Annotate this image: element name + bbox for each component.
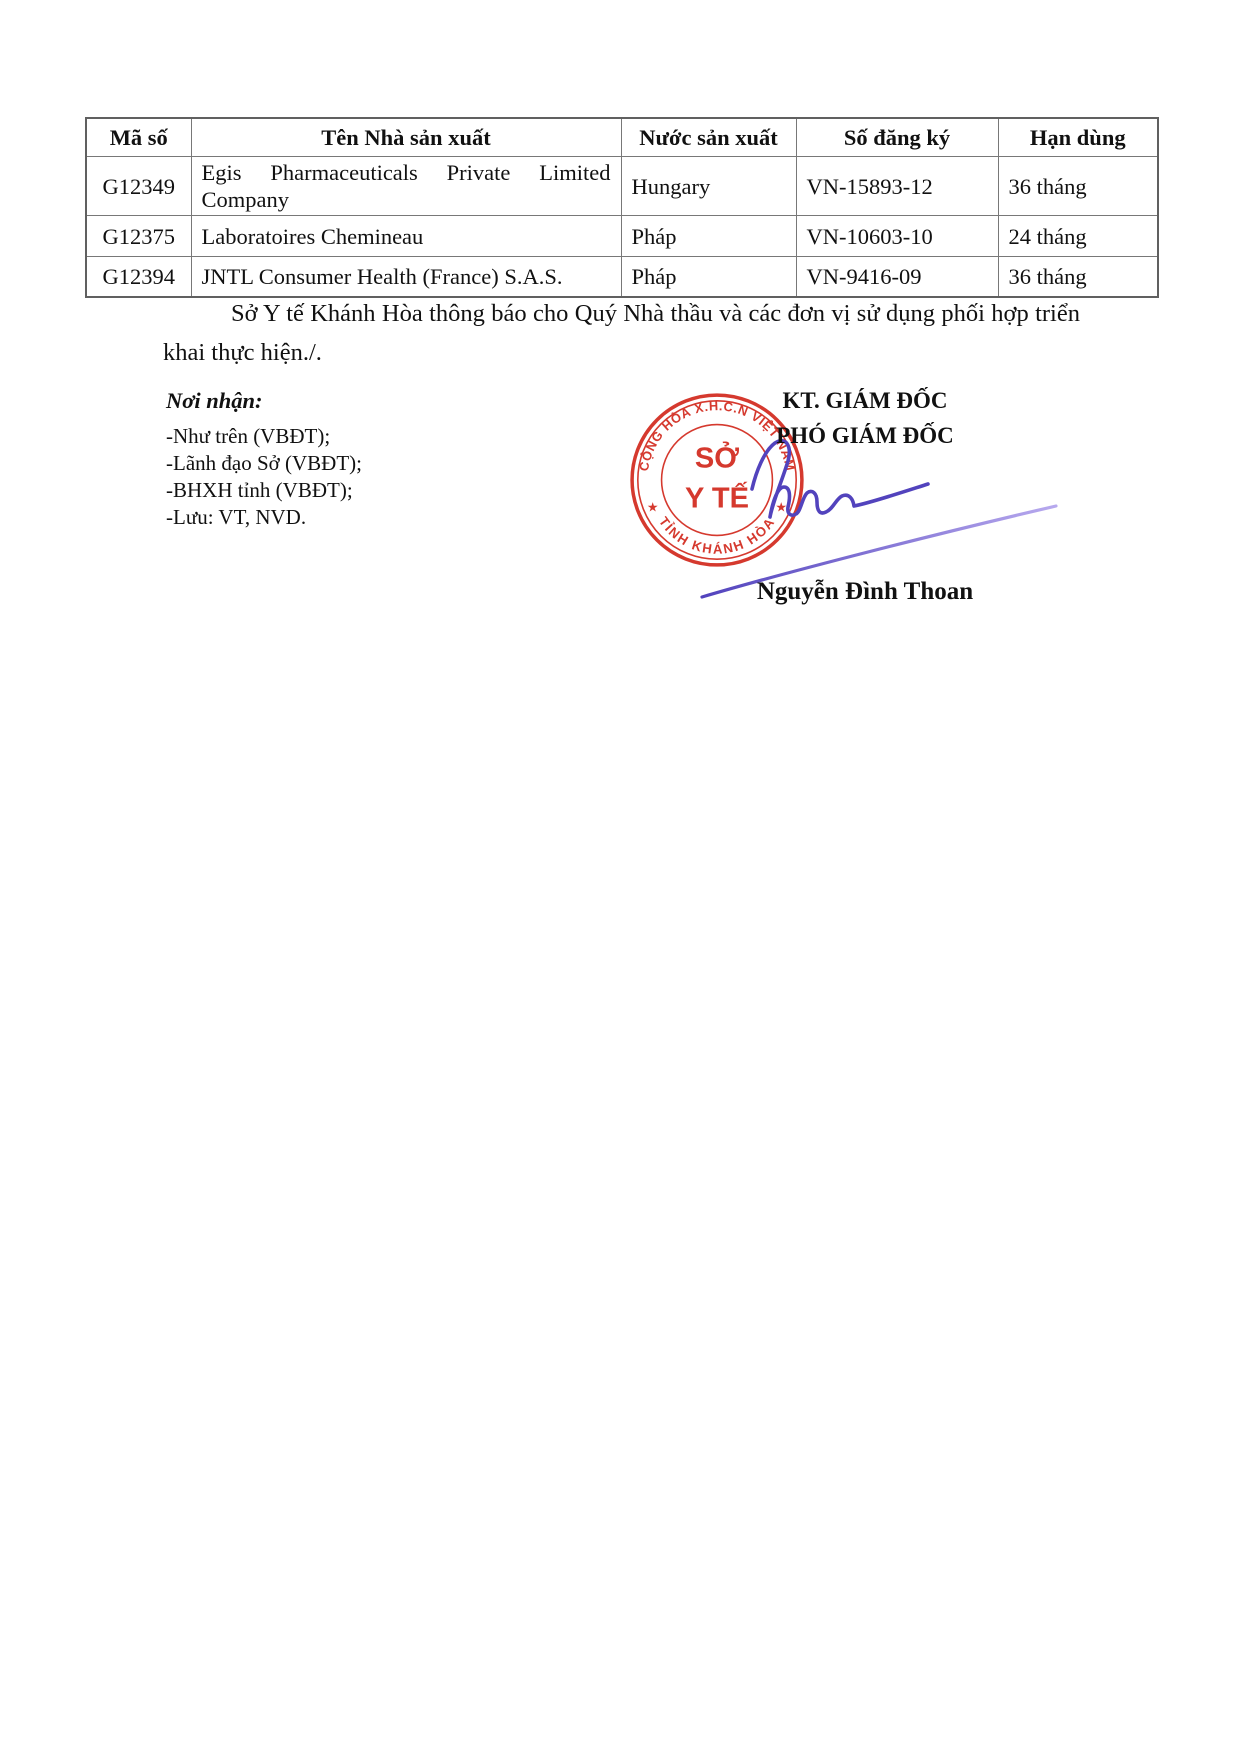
col-header-so-dang-ky: Số đăng ký xyxy=(796,118,998,157)
signer-role-line1: KT. GIÁM ĐỐC xyxy=(715,383,1015,418)
cell-so-dang-ky: VN-9416-09 xyxy=(796,257,998,298)
cell-nuoc-san-xuat: Pháp xyxy=(621,257,796,298)
cell-han-dung: 24 tháng xyxy=(998,216,1158,257)
recipient-item: -BHXH tỉnh (VBĐT); xyxy=(166,477,496,504)
recipient-item: -Lãnh đạo Sở (VBĐT); xyxy=(166,450,496,477)
manufacturer-table: Mã số Tên Nhà sản xuất Nước sản xuất Số … xyxy=(85,117,1159,298)
recipients-title: Nơi nhận: xyxy=(166,388,496,414)
cell-so-dang-ky: VN-15893-12 xyxy=(796,157,998,216)
cell-nuoc-san-xuat: Pháp xyxy=(621,216,796,257)
table-row: G12349 Egis Pharmaceuticals Private Limi… xyxy=(86,157,1158,216)
signature-titles: KT. GIÁM ĐỐC PHÓ GIÁM ĐỐC xyxy=(715,383,1015,453)
col-header-nuoc-san-xuat: Nước sản xuất xyxy=(621,118,796,157)
cell-han-dung: 36 tháng xyxy=(998,257,1158,298)
col-header-ma-so: Mã số xyxy=(86,118,191,157)
signer-name: Nguyễn Đình Thoan xyxy=(715,578,1015,606)
cell-ten-nha-san-xuat: Laboratoires Chemineau xyxy=(191,216,621,257)
signer-role-line2: PHÓ GIÁM ĐỐC xyxy=(715,418,1015,453)
table-header-row: Mã số Tên Nhà sản xuất Nước sản xuất Số … xyxy=(86,118,1158,157)
body-paragraph: Sở Y tế Khánh Hòa thông báo cho Quý Nhà … xyxy=(163,294,1080,372)
cell-ten-nha-san-xuat: JNTL Consumer Health (France) S.A.S. xyxy=(191,257,621,298)
recipients-block: Nơi nhận: -Như trên (VBĐT); -Lãnh đạo Sở… xyxy=(166,388,496,531)
table-row: G12394 JNTL Consumer Health (France) S.A… xyxy=(86,257,1158,298)
cell-ma-so: G12375 xyxy=(86,216,191,257)
cell-han-dung: 36 tháng xyxy=(998,157,1158,216)
col-header-ten-nha-san-xuat: Tên Nhà sản xuất xyxy=(191,118,621,157)
table-row: G12375 Laboratoires Chemineau Pháp VN-10… xyxy=(86,216,1158,257)
cell-ten-nha-san-xuat: Egis Pharmaceuticals Private Limited Com… xyxy=(191,157,621,216)
cell-ma-so: G12394 xyxy=(86,257,191,298)
recipient-item: -Như trên (VBĐT); xyxy=(166,423,496,450)
cell-ma-so: G12349 xyxy=(86,157,191,216)
col-header-han-dung: Hạn dùng xyxy=(998,118,1158,157)
cell-so-dang-ky: VN-10603-10 xyxy=(796,216,998,257)
cell-nuoc-san-xuat: Hungary xyxy=(621,157,796,216)
document-page: Mã số Tên Nhà sản xuất Nước sản xuất Số … xyxy=(0,0,1241,1755)
recipient-item: -Lưu: VT, NVD. xyxy=(166,504,496,531)
